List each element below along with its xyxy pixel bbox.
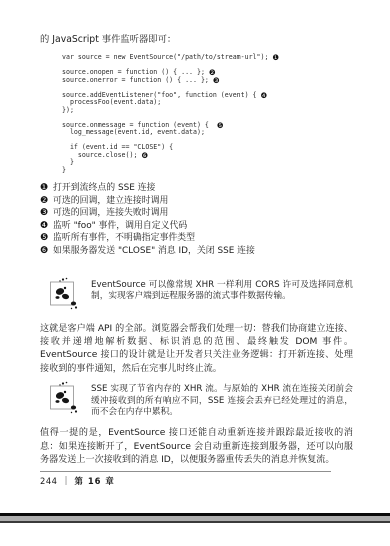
callout-text: 打开到流终点的 SSE 连接	[53, 182, 155, 195]
oreilly-animal-icon	[48, 381, 80, 419]
code-line: var source = new EventSource("/path/to/s…	[62, 54, 353, 62]
code-text: log_message(event.id, event.data);	[62, 129, 205, 137]
callout-text: 监听 "foo" 事件，调用自定义代码	[53, 220, 187, 233]
code-text: }	[62, 167, 66, 175]
callout-text: 如果服务器发送 "CLOSE" 消息 ID，关闭 SSE 连接	[53, 245, 255, 258]
callout-marker-icon: ❹	[261, 92, 268, 100]
footer-separator: |	[65, 476, 68, 486]
callout-marker-icon: ❺	[217, 122, 224, 130]
callout-text: 可选的回调，连接失败时调用	[53, 207, 168, 220]
callout-marker-icon: ❸	[40, 207, 53, 220]
callout-marker-icon: ❺	[40, 232, 53, 245]
page-content: 的 JavaScript 事件监听器即可： var source = new E…	[40, 34, 353, 467]
oreilly-animal-icon	[48, 277, 80, 315]
code-block: var source = new EventSource("/path/to/s…	[62, 54, 353, 174]
book-page: 的 JavaScript 事件监听器即可： var source = new E…	[0, 0, 390, 546]
code-line: }	[62, 167, 353, 175]
callout-marker-icon: ❻	[40, 245, 53, 258]
callout-marker-icon: ❶	[40, 182, 53, 195]
code-line: });	[62, 107, 353, 115]
code-text: processFoo(event.data);	[62, 99, 161, 107]
callout-text: 监听所有事件，不明确指定事件类型	[53, 232, 195, 245]
code-line: source.close(); ❻	[62, 152, 353, 160]
chapter-label: 第 16 章	[75, 475, 115, 487]
callout-marker-icon: ❹	[40, 220, 53, 233]
callout-marker-icon: ❶	[272, 54, 279, 62]
callout-item: ❸可选的回调，连接失败时调用	[40, 207, 353, 220]
code-text: });	[62, 107, 74, 115]
callout-marker-icon: ❻	[141, 152, 148, 160]
callout-list: ❶打开到流终点的 SSE 连接 ❷可选的回调，建立连接时调用 ❸可选的回调，连接…	[40, 182, 353, 258]
page-edge-shadow	[0, 521, 390, 523]
callout-item: ❻如果服务器发送 "CLOSE" 消息 ID，关闭 SSE 连接	[40, 245, 353, 258]
page-footer: 244 | 第 16 章	[40, 475, 115, 487]
note-box-2: SSE 实现了节省内存的 XHR 流。与原始的 XHR 流在连接关闭前会缓冲接收…	[40, 381, 353, 419]
callout-item: ❺监听所有事件，不明确指定事件类型	[40, 232, 353, 245]
callout-marker-icon: ❷	[40, 195, 53, 208]
body-paragraph-2: 值得一提的是，EventSource 接口还能自动重新连接并跟踪最近接收的消息：…	[40, 427, 353, 467]
note-text: EventSource 可以像常规 XHR 一样利用 CORS 许可及选择同意机…	[91, 280, 353, 303]
code-line: processFoo(event.data);	[62, 99, 353, 107]
code-text: source.onerror = function () { ... };	[62, 77, 213, 85]
code-line: log_message(event.id, event.data);	[62, 129, 353, 137]
callout-item: ❶打开到流终点的 SSE 连接	[40, 182, 353, 195]
code-text: var source = new EventSource("/path/to/s…	[62, 54, 272, 62]
callout-item: ❹监听 "foo" 事件，调用自定义代码	[40, 220, 353, 233]
code-line: source.onerror = function () { ... }; ❸	[62, 77, 353, 85]
intro-text: 的 JavaScript 事件监听器即可：	[40, 34, 353, 46]
code-line: }	[62, 159, 353, 167]
body-paragraph-1: 这就是客户端 API 的全部。浏览器会帮我们处理一切：替我们协商建立连接、接收并…	[40, 323, 353, 377]
footer-rule	[40, 471, 331, 472]
callout-marker-icon: ❸	[213, 77, 220, 85]
callout-text: 可选的回调，建立连接时调用	[53, 195, 168, 208]
page-number: 244	[40, 476, 58, 486]
note-box-1: EventSource 可以像常规 XHR 一样利用 CORS 许可及选择同意机…	[40, 277, 353, 315]
note-text: SSE 实现了节省内存的 XHR 流。与原始的 XHR 流在连接关闭前会缓冲接收…	[91, 384, 353, 418]
callout-item: ❷可选的回调，建立连接时调用	[40, 195, 353, 208]
